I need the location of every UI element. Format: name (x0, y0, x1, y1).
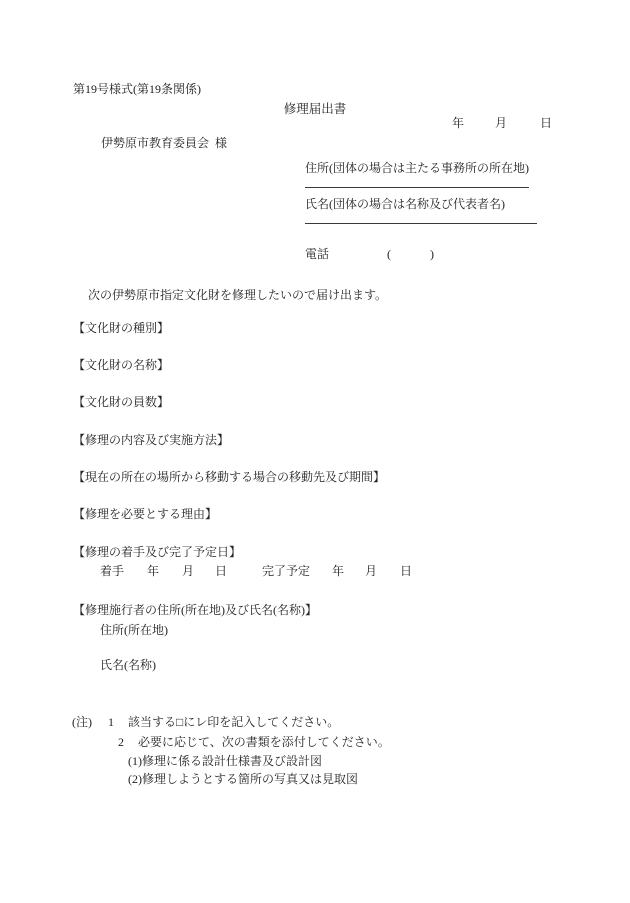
contractor-address-label: 住所(所在地) (100, 623, 168, 637)
date-month-label: 月 (495, 116, 507, 130)
addressee-honorific: 様 (215, 136, 227, 150)
section-heading-property-type: 【文化財の種別】 (73, 321, 169, 335)
applicant-name-label: 氏名(団体の場合は名称及び代表者名) (305, 197, 505, 211)
phone-open-paren: ( (387, 247, 391, 261)
note-attachment2-text: (2)修理しようとする箇所の写真又は見取図 (128, 772, 358, 786)
schedule-start-label: 着手 (100, 564, 124, 578)
schedule-end-month-label: 月 (365, 564, 377, 578)
applicant-name-fill-line (305, 223, 537, 224)
schedule-end-year-label: 年 (332, 564, 344, 578)
section-heading-repair-content: 【修理の内容及び実施方法】 (73, 433, 229, 447)
section-heading-repair-reason: 【修理を必要とする理由】 (73, 507, 217, 521)
phone-close-paren: ) (430, 247, 434, 261)
declaration-sentence: 次の伊勢原市指定文化財を修理したいので届け出ます。 (88, 288, 387, 302)
note-item1-text: 該当する□にレ印を記入してください。 (128, 715, 339, 729)
schedule-start-month-label: 月 (182, 564, 194, 578)
section-heading-relocation: 【現在の所在の場所から移動する場合の移動先及び期間】 (73, 470, 385, 484)
section-heading-property-quantity: 【文化財の員数】 (73, 395, 169, 409)
schedule-end-day-label: 日 (400, 564, 412, 578)
note-item2-text: 必要に応じて、次の書類を添付してください。 (138, 735, 390, 749)
note-item2-number: 2 (118, 735, 124, 749)
note-attachment1-text: (1)修理に係る設計仕様書及び設計図 (128, 754, 322, 768)
section-heading-repair-schedule: 【修理の着手及び完了予定日】 (73, 545, 241, 559)
applicant-address-label: 住所(団体の場合は主たる事務所の所在地) (305, 161, 529, 175)
schedule-start-year-label: 年 (147, 564, 159, 578)
repair-notification-form-page: 第19号様式(第19条関係) 修理届出書 年 月 日 伊勢原市教育委員会 様 住… (0, 0, 630, 903)
applicant-address-fill-line (305, 187, 529, 188)
form-number: 第19号様式(第19条関係) (73, 82, 201, 96)
schedule-end-label: 完了予定 (262, 564, 310, 578)
document-title: 修理届出書 (0, 102, 630, 117)
date-year-label: 年 (452, 116, 464, 130)
section-heading-property-name: 【文化財の名称】 (73, 358, 169, 372)
note-item1-number: 1 (108, 715, 114, 729)
date-day-label: 日 (540, 116, 552, 130)
contractor-name-label: 氏名(名称) (100, 658, 156, 672)
section-heading-contractor: 【修理施行者の住所(所在地)及び氏名(名称)】 (73, 603, 317, 617)
phone-label: 電話 (305, 247, 329, 261)
notes-label: (注) (72, 715, 92, 729)
schedule-start-day-label: 日 (215, 564, 227, 578)
addressee-name: 伊勢原市教育委員会 (101, 136, 209, 150)
